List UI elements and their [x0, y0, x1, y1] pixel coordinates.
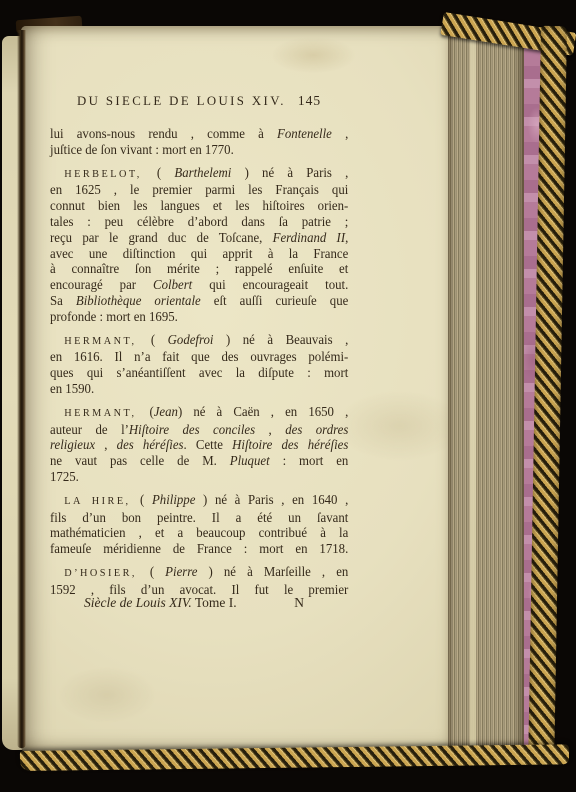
entry-name: HERBELOT, [64, 168, 157, 180]
italic-run: Fontenelle [277, 126, 332, 141]
text-run: , [255, 422, 285, 437]
text-run: , [345, 230, 348, 245]
text-run: encouragé par [50, 277, 153, 292]
text-run: . Cette [184, 437, 233, 452]
text-run: , [95, 437, 117, 452]
text-run: avec une diſtinction qui apprit à la Fra… [50, 246, 348, 261]
text-run: lui avons-nous rendu , comme à [50, 126, 277, 141]
text-line: D’HOSIER, ( Pierre ) né à Marſeille , en [50, 564, 348, 582]
text-line: juſtice de ſon vivant : mort en 1770. [50, 142, 348, 158]
text-line: avec une diſtinction qui apprit à la Fra… [50, 246, 348, 262]
signature-mark: N [294, 595, 304, 611]
italic-run: Hiſtoire des conciles [129, 422, 255, 437]
text-run: fils d’un bon peintre. Il a été un ſavan… [50, 510, 348, 525]
text-line: reçu par le grand duc de Toſcane, Ferdin… [50, 230, 348, 246]
text-run: ( [151, 332, 168, 347]
volume-title-italic: Siècle de Louis XIV. [84, 595, 192, 610]
text-line: en 1590. [50, 381, 348, 397]
text-run: eſt auſſi curieuſe que [201, 293, 349, 308]
italic-run: Godefroi [168, 332, 214, 347]
text-line: ques qui s’anéantiſſent avec la diſpute … [50, 365, 348, 381]
italic-run: Colbert [153, 277, 192, 292]
paragraph: HERMANT, ( Godefroi ) né à Beauvais ,en … [50, 332, 348, 397]
italic-run: Jean [154, 404, 178, 419]
paragraph: LA HIRE, ( Philippe ) né à Paris , en 16… [50, 492, 348, 557]
text-run: Sa [50, 293, 76, 308]
text-run: en 1590. [50, 381, 94, 396]
text-run: mathématicien , et a beaucoup contribué … [50, 525, 348, 540]
text-line: lui avons-nous rendu , comme à Fontenell… [50, 126, 348, 142]
text-run: ( [150, 564, 165, 579]
page-number: 145 [298, 93, 321, 108]
italic-run: Hiſtoire des héréſies [232, 437, 348, 452]
text-line: Sa Bibliothèque orientale eſt auſſi curi… [50, 293, 348, 309]
text-line: auteur de l’Hiſtoire des conciles , des … [50, 422, 348, 438]
text-run: ) né à Paris , en 1640 , [195, 492, 348, 507]
text-run: ) né à Beauvais , [213, 332, 348, 347]
entry-name: LA HIRE, [64, 495, 140, 507]
italic-run: Philippe [152, 492, 195, 507]
italic-run: religieux [50, 437, 95, 452]
scan-background: { "palette": { "scan_background": "#0a07… [0, 0, 576, 792]
text-run: ne vaut pas celle de M. [50, 453, 230, 468]
text-block: lui avons-nous rendu , comme à Fontenell… [50, 126, 348, 598]
volume-title-roman: Tome I. [192, 595, 237, 610]
text-run: : mort en [270, 453, 349, 468]
text-run: profonde : mort en 1695. [50, 309, 178, 324]
text-line: profonde : mort en 1695. [50, 309, 348, 325]
text-line: en 1625 , le premier parmi les Français … [50, 182, 348, 198]
paragraph: HERMANT, (Jean) né à Caën , en 1650 ,aut… [50, 404, 348, 485]
italic-run: des ordres [285, 422, 348, 437]
text-run: fameuſe méridienne de France : mort en 1… [50, 541, 348, 556]
text-run: juſtice de ſon vivant : mort en 1770. [50, 142, 234, 157]
text-line: ne vaut pas celle de M. Pluquet : mort e… [50, 453, 348, 469]
entry-name: HERMANT, [64, 407, 149, 419]
text-line: mathématicien , et a beaucoup contribué … [50, 525, 348, 541]
text-line: encouragé par Colbert qui encourageait t… [50, 277, 348, 293]
text-run: ( [157, 165, 174, 180]
fore-edge-pages [448, 30, 524, 752]
text-run: qui encourageait tout. [192, 277, 348, 292]
text-line: à connaître ſon mérite ; rappelé enſuite… [50, 261, 348, 277]
italic-run: Barthelemi [174, 165, 231, 180]
italic-run: Bibliothèque orientale [76, 293, 201, 308]
italic-run: Ferdinand II [273, 230, 345, 245]
text-run: connut bien les langues et les hiſtoires… [50, 198, 348, 213]
italic-run: Pierre [165, 564, 197, 579]
italic-run: Pluquet [230, 453, 270, 468]
italic-run: des héréſies [117, 437, 184, 452]
text-run: en 1625 , le premier parmi les Français … [50, 182, 348, 197]
text-line: HERMANT, ( Godefroi ) né à Beauvais , [50, 332, 348, 350]
paragraph: HERBELOT, ( Barthelemi ) né à Paris ,en … [50, 165, 348, 325]
paragraph: lui avons-nous rendu , comme à Fontenell… [50, 126, 348, 158]
gutter-shadow [17, 30, 26, 748]
text-run: ) né à Marſeille , en [197, 564, 348, 579]
text-line: fameuſe méridienne de France : mort en 1… [50, 541, 348, 557]
entry-name: D’HOSIER, [64, 567, 150, 579]
text-line: fils d’un bon peintre. Il a été un ſavan… [50, 510, 348, 526]
text-run: 1725. [50, 469, 79, 484]
text-run: auteur de l’ [50, 422, 129, 437]
text-line: connut bien les langues et les hiſtoires… [50, 198, 348, 214]
volume-title: Siècle de Louis XIV. Tome I. [84, 595, 237, 611]
text-run: , [332, 126, 348, 141]
protruding-leaf-edge [470, 32, 476, 750]
text-run: tales : peu célèbre d’abord dans ſa patr… [50, 214, 348, 229]
page-header: DU SIECLE DE LOUIS XIV.145 [50, 93, 348, 109]
text-run: ) né à Paris , [231, 165, 348, 180]
text-run: en 1616. Il n’a fait que des ouvrages po… [50, 349, 348, 364]
text-line: HERMANT, (Jean) né à Caën , en 1650 , [50, 404, 348, 422]
page-footer: Siècle de Louis XIV. Tome I. N [50, 595, 348, 611]
text-line: LA HIRE, ( Philippe ) né à Paris , en 16… [50, 492, 348, 510]
text-run: reçu par le grand duc de Toſcane, [50, 230, 273, 245]
text-line: en 1616. Il n’a fait que des ouvrages po… [50, 349, 348, 365]
text-run: ) né à Caën , en 1650 , [178, 404, 348, 419]
running-title: DU SIECLE DE LOUIS XIV. [77, 94, 286, 108]
text-line: HERBELOT, ( Barthelemi ) né à Paris , [50, 165, 348, 183]
text-line: religieux , des héréſies. Cette Hiſtoire… [50, 437, 348, 453]
text-run: ques qui s’anéantiſſent avec la diſpute … [50, 365, 348, 380]
text-run: à connaître ſon mérite ; rappelé enſuite… [50, 261, 348, 276]
text-line: 1725. [50, 469, 348, 485]
text-run: ( [140, 492, 152, 507]
entry-name: HERMANT, [64, 335, 151, 347]
book-page: DU SIECLE DE LOUIS XIV.145 lui avons-nou… [21, 26, 451, 753]
paragraph: D’HOSIER, ( Pierre ) né à Marſeille , en… [50, 564, 348, 598]
text-line: tales : peu célèbre d’abord dans ſa patr… [50, 214, 348, 230]
